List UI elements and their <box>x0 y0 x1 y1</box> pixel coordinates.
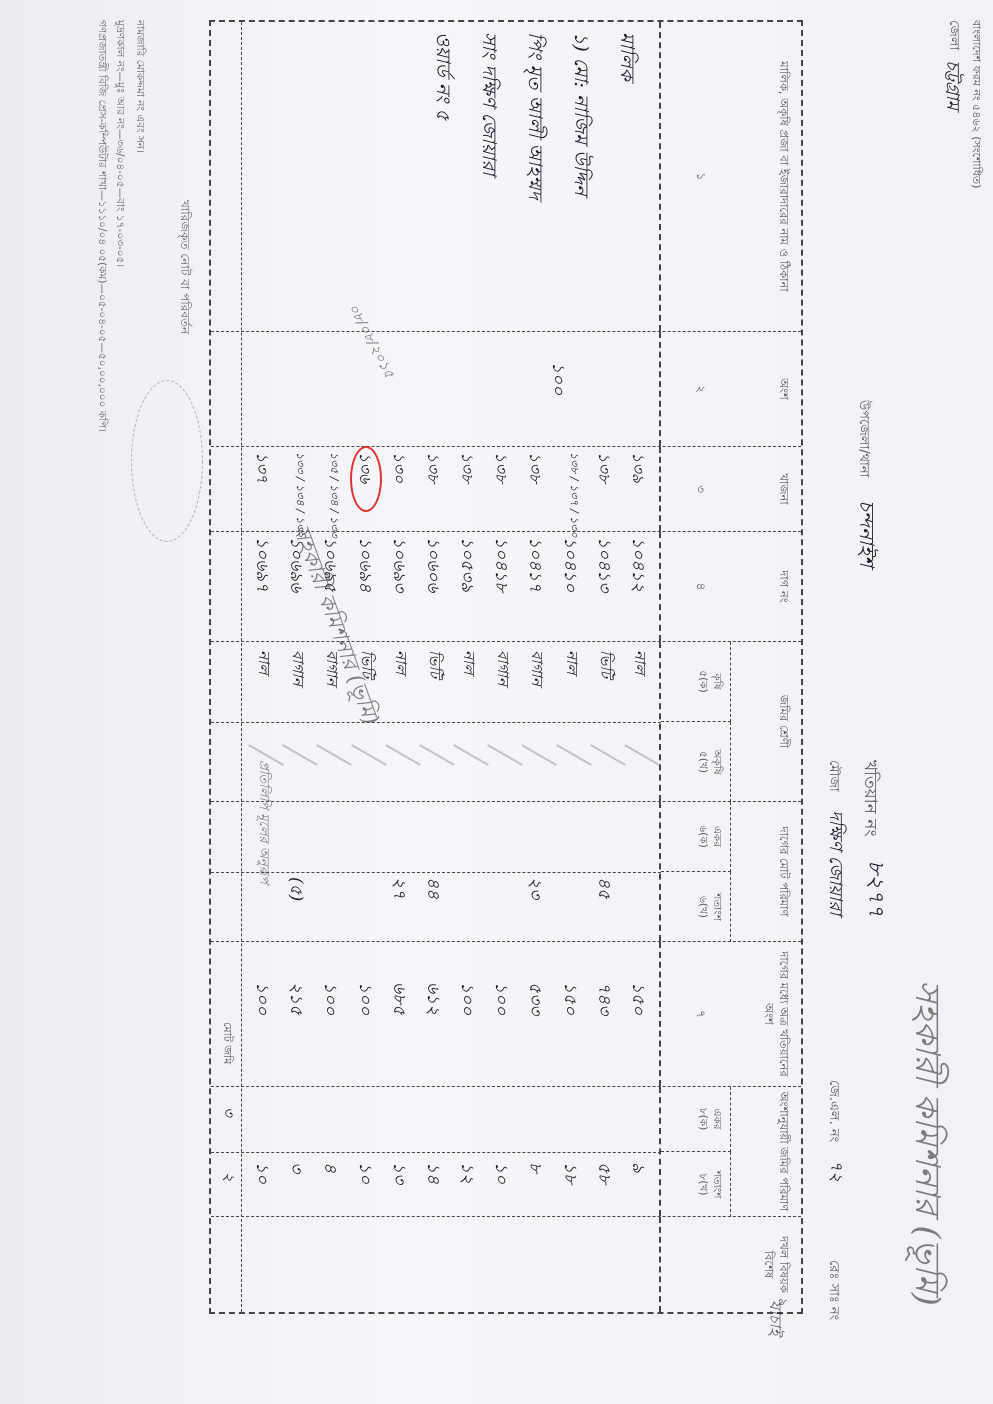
upazila-label: উপজেলা/থানা <box>852 400 873 477</box>
dag-number-cell: ১০৬৯৪ <box>350 537 378 592</box>
khajna-cell: ১৩৮ <box>487 452 514 483</box>
total-shotangsho-cell: ৪৫ <box>589 877 617 899</box>
owner-details: মালিক১) মো: নাজিম উদ্দিনপিং মৃত আলী আহম্… <box>411 32 641 322</box>
column-land-amount: অংশানুযায়ী জমির পরিমাণ একর৮(ক) শতাংশ৮(খ… <box>211 1087 801 1217</box>
khajna-cell: ১৩০ <box>385 452 412 483</box>
owner-line: পিং মৃত আলী আহম্মদ <box>517 32 549 322</box>
zila-value: চট্টগ্রাম <box>936 60 967 110</box>
land-class-cell: নাল <box>455 650 480 674</box>
dag-number-cell: ১০৬৯৩ <box>384 537 412 592</box>
verification-note: যাচাই <box>761 1300 788 1335</box>
change-note-label: খারিজকৃত নোট বা পরিবর্তন <box>173 200 193 334</box>
owner-line: ১) মো: নাজিম উদ্দিন <box>563 32 595 322</box>
jl-value: ৭২ <box>821 1160 849 1182</box>
land-amount-cell: ১২ <box>452 1162 480 1184</box>
khajna-cell: ১৩৮ <box>522 452 549 483</box>
khatian-number: ৮২৭৭ <box>856 860 893 917</box>
share-in-dag-cell: ১৫০ <box>555 982 583 1015</box>
mouza-label: মৌজা <box>822 760 843 792</box>
scanned-document: বাংলাদেশ ফরম নং ৫৪৬২ (সংশোধিত) জেলা চট্ট… <box>0 0 993 1404</box>
land-amount-cell: ৪ <box>316 1162 344 1173</box>
land-amount-cell: ১৩ <box>384 1162 412 1184</box>
column-total-area: দাগের মোট পরিমাণ একর৬(ক) শতাংশ৬(খ) <box>211 802 801 942</box>
mutation-case-label: নামজারি মোকদ্দমা নং এবং সন। <box>130 20 147 153</box>
share-in-dag-cell: ১০০ <box>452 982 480 1015</box>
land-class-cell: নাল <box>250 650 275 674</box>
rs-label: রেঃ সাঃ নং <box>822 1260 843 1320</box>
dag-number-cell: ১০৫৩৯ <box>452 537 480 592</box>
khatian-sheet: বাংলাদেশ ফরম নং ৫৪৬২ (সংশোধিত) জেলা চট্ট… <box>0 0 993 1404</box>
zila-label: জেলা <box>942 20 963 50</box>
land-amount-cell: ৫৮ <box>589 1162 617 1184</box>
khajna-cell: ১৩৭ <box>248 452 275 483</box>
land-amount-cell: ৩ <box>281 1162 309 1173</box>
khajna-cell: ১৩৯ <box>624 452 651 483</box>
khajna-cell: ১৩৫ / ১৩৪ / ১৩৩ <box>325 452 344 538</box>
share-in-dag-cell: ২১৫ <box>281 982 309 1015</box>
dag-number-cell: ১০৪১২ <box>623 537 651 592</box>
land-class-cell: নাল <box>558 650 583 674</box>
print-line-2: গণপ্রজাতন্ত্রী বিজি প্রেস-কম্পিউটার শাখা… <box>92 20 109 432</box>
column-possession: দখল বিষয়ক বিশেষ৯ <box>211 1217 801 1312</box>
share-in-dag-cell: ৭৪৩ <box>589 982 617 1015</box>
land-class-cell: বাগান <box>489 650 514 686</box>
share-in-dag-cell: ৬৮৫ <box>384 982 412 1015</box>
dag-number-cell: ১০৪১৮ <box>486 537 514 592</box>
red-circle-mark <box>350 446 382 512</box>
khajna-cell: ১৩৮ / ১৩৭ / ১৩০ <box>564 452 583 538</box>
total-shotangsho-cell: ৪৪ <box>418 877 446 899</box>
print-line-1: মুদ্রণকাল নং—মুঃ আর নং—৩৬/০৪-০৫—বাং ১৭-০… <box>110 20 127 267</box>
owner-line: ওয়ার্ড নং ৫ <box>425 32 457 322</box>
share-in-dag-cell: ৫৩৩ <box>521 982 549 1015</box>
total-label: মোট জমি <box>217 1022 236 1064</box>
total-shotangsho: ২ <box>215 1172 240 1182</box>
share-in-dag-cell: ১০০ <box>316 982 344 1015</box>
certified-stamp-text: প্রতিলিপি মূলের অনুরূপ <box>252 760 273 884</box>
land-class-cell: বাগান <box>284 650 309 686</box>
khatian-table: মালিক, অকৃষি প্রজা বা ইজারাদারের নাম ও ঠ… <box>209 20 803 1314</box>
dag-number-cell: ১০৬৯৭ <box>247 537 275 592</box>
land-class-cell: বাগান <box>524 650 549 686</box>
land-amount-cell: ৯ <box>623 1162 651 1173</box>
land-amount-cell: ১০ <box>486 1162 514 1184</box>
column-share: অংশ২ <box>211 332 801 447</box>
dag-number-cell: ১০৪১৩ <box>589 537 617 592</box>
total-shotangsho-cell: (৫) <box>281 877 309 901</box>
land-class-cell: নাল <box>387 650 412 674</box>
header-signature: সহকারী কমিশনার (ভূমি) <box>896 980 953 1306</box>
upazila-value: চন্দনাইশ <box>848 500 881 567</box>
mouza-value: দক্ষিণ জোয়ারা <box>819 810 850 915</box>
total-shotangsho-cell: ২৩ <box>521 877 549 899</box>
official-stamp <box>131 380 203 542</box>
khatian-label: খতিয়ান নং <box>855 760 883 837</box>
share-in-dag-cell: ১০০ <box>350 982 378 1015</box>
jl-label: জে.এল. নং <box>822 1080 843 1142</box>
form-number: বাংলাদেশ ফরম নং ৫৪৬২ (সংশোধিত) <box>966 20 985 188</box>
land-amount-cell: ১০ <box>350 1162 378 1184</box>
land-class-cell: ভিটি <box>592 650 617 678</box>
share-value: ১০০ <box>543 362 571 395</box>
land-class-cell: ভিটি <box>421 650 446 678</box>
land-class-cell: নাল <box>626 650 651 674</box>
owner-line: মালিক <box>609 32 641 322</box>
khajna-cell: ১৩৮ <box>590 452 617 483</box>
share-in-dag-cell: ১০০ <box>486 982 514 1015</box>
land-amount-cell: ১৮ <box>555 1162 583 1184</box>
land-amount-cell: ১৪ <box>418 1162 446 1184</box>
owner-line: সাং দক্ষিণ জোয়ারা <box>471 32 503 322</box>
total-shotangsho-cell: ২৭ <box>384 877 412 899</box>
share-in-dag-cell: ৬১২ <box>418 982 446 1015</box>
dag-number-cell: ১০৪১৭ <box>521 537 549 592</box>
share-in-dag-cell: ১৫০ <box>623 982 651 1015</box>
dag-number-cell: ১০৪১০ <box>555 537 583 592</box>
land-amount-cell: ৮ <box>521 1162 549 1173</box>
dag-number-cell: ১০৬০৬ <box>418 537 446 592</box>
total-acre: ৩ <box>215 1107 240 1117</box>
khajna-cell: ১৩৮ <box>419 452 446 483</box>
khajna-cell: ১৩৮ <box>453 452 480 483</box>
land-amount-cell: ১০ <box>247 1162 275 1184</box>
share-in-dag-cell: ১০০ <box>247 982 275 1015</box>
